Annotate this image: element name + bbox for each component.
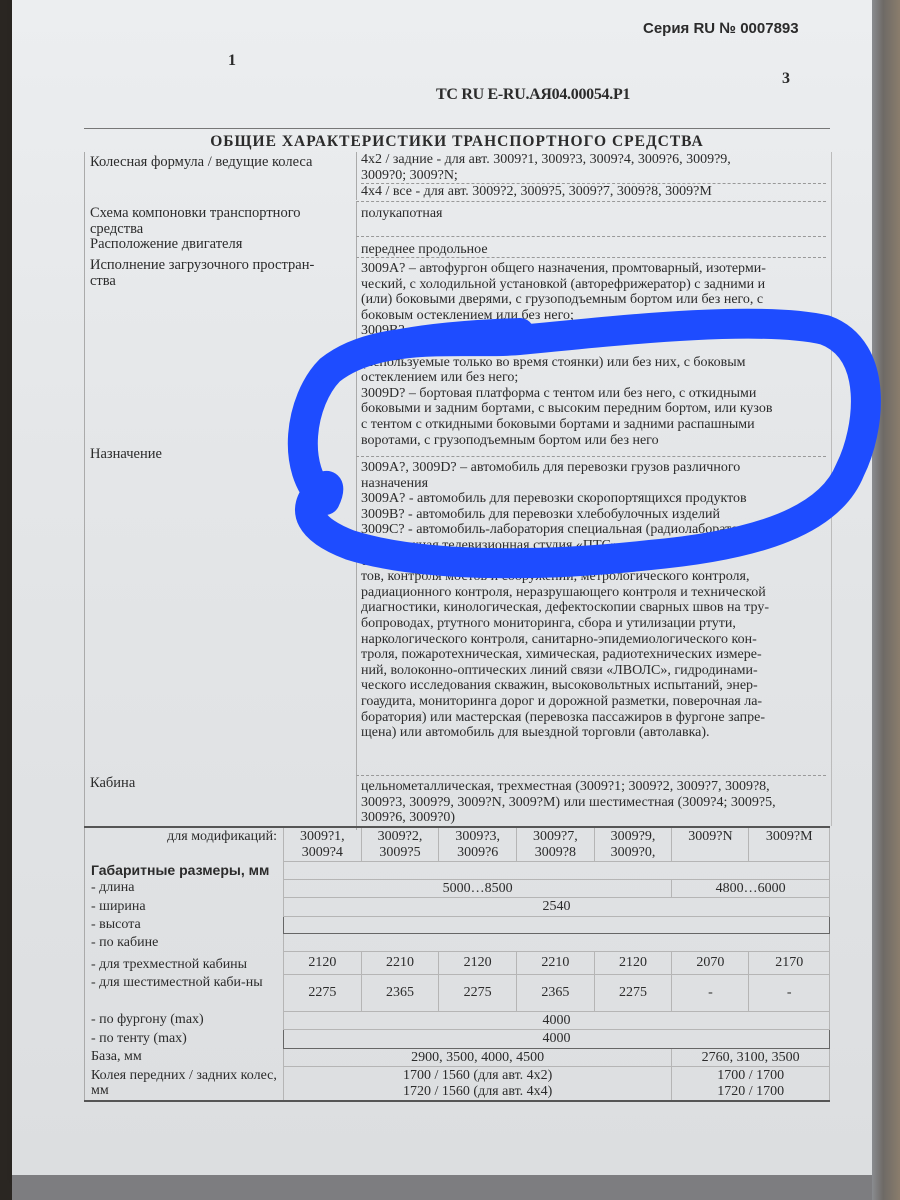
mod-text: 3009?N <box>676 829 744 845</box>
height-value-cell: 2365 <box>517 974 595 1011</box>
row-cargo-space: Исполнение загрузочного простран-ства 30… <box>84 257 830 455</box>
certificate-number: ТС RU E-RU.АЯ04.00054.Р1 <box>436 86 630 104</box>
label-layout-scheme: Схема компоновки транспортного средства <box>90 205 340 237</box>
track-line: 1720 / 1560 (для авт. 4х4) <box>288 1084 667 1100</box>
track-alt: 1700 / 17001720 / 1700 <box>672 1067 830 1102</box>
text-line: боковыми и задним бортами, с высоким пер… <box>361 401 826 417</box>
value-purpose: 3009А?, 3009D? – автомобиль для перевозк… <box>356 456 826 778</box>
text-line: передвижная телевизионная студия «ПТС», … <box>361 538 826 554</box>
label-purpose: Назначение <box>90 446 162 462</box>
text-line: боратория) или мастерская (перевозка пас… <box>361 710 826 726</box>
height-value-cell: - <box>672 974 749 1011</box>
text-line: переднее продольное <box>361 237 826 258</box>
tent-value: 4000 <box>284 1030 830 1049</box>
mod-text: 3009?1, <box>288 829 357 845</box>
six-seat-row: - для шестиместной каби-ны 2275236522752… <box>85 974 830 1011</box>
width-row: - ширина 2540 <box>85 898 830 917</box>
modifications-row: для модификаций: 3009?1,3009?4 3009?2,30… <box>85 827 830 862</box>
length-alt: 4800…6000 <box>672 879 830 898</box>
text-line: 3009?6, 3009?0) <box>361 810 826 826</box>
base-main: 2900, 3500, 4000, 4500 <box>284 1048 672 1067</box>
width-value: 2540 <box>284 898 830 917</box>
text-line: 3009D? – бортовая платформа с тентом или… <box>361 386 826 402</box>
text-line: (используемые только во время стоянки) и… <box>361 355 826 371</box>
mod-col-6: 3009?N <box>672 827 749 862</box>
dimensions-table: для модификаций: 3009?1,3009?4 3009?2,30… <box>84 826 830 1102</box>
background-strip <box>872 0 900 1200</box>
mod-text: 3009?9, <box>599 829 668 845</box>
value-layout-scheme: полукапотная <box>356 201 826 236</box>
dims-section-row: Габаритные размеры, мм <box>85 862 830 880</box>
height-value-cell: - <box>749 974 830 1011</box>
modifications-label: для модификаций: <box>85 827 284 862</box>
text-line: (или) боковыми дверями, с грузоподъемным… <box>361 292 826 308</box>
text-line: троля, пожаротехническая, химическая, ра… <box>361 647 826 663</box>
track-line: 1700 / 1700 <box>676 1068 825 1084</box>
text-line: 3009B? - автомобиль для перевозки хлебоб… <box>361 507 826 523</box>
height-row: - высота <box>85 916 830 934</box>
height-value-cell: 2070 <box>672 951 749 974</box>
mod-text: 3009?6 <box>443 845 512 861</box>
text-line: остеклением или без него; <box>361 370 826 386</box>
series-number: Серия RU № 0007893 <box>643 20 799 37</box>
mod-text: 3009?8 <box>521 845 590 861</box>
text-line: назначения <box>361 476 826 492</box>
length-row: - длина 5000…8500 4800…6000 <box>85 879 830 898</box>
row-wheel-formula: Колесная формула / ведущие колеса 4х2 / … <box>84 152 830 200</box>
mod-col-3: 3009?3,3009?6 <box>439 827 517 862</box>
text-line: 3009А?, 3009D? – автомобиль для перевозк… <box>361 460 826 476</box>
height-value-cell: 2210 <box>361 951 439 974</box>
text-line: 4х2 / задние - для авт. 3009?1, 3009?3, … <box>361 152 826 168</box>
mod-text: 3009?0, <box>599 845 668 861</box>
height-value-cell: 2365 <box>361 974 439 1011</box>
by-cab-row: - по кабине <box>85 934 830 952</box>
base-label: База, мм <box>85 1048 284 1067</box>
tent-label: - по тенту (max) <box>85 1030 284 1049</box>
text-line: тов, контроля мостов и сооружений, метро… <box>361 569 826 585</box>
text-line: технического ... контроля продук- <box>361 554 826 570</box>
mod-col-7: 3009?M <box>749 827 830 862</box>
mod-text: 3009?3, <box>443 829 512 845</box>
mod-text: 3009?M <box>753 829 825 845</box>
label-engine-location: Расположение двигателя <box>90 236 242 252</box>
text-line: 4х4 / все - для авт. 3009?2, 3009?5, 300… <box>361 183 826 200</box>
track-line: 1700 / 1560 (для авт. 4х2) <box>288 1068 667 1084</box>
text-line: цельнометаллическая, трехместная (3009?1… <box>361 779 826 795</box>
mod-col-1: 3009?1,3009?4 <box>284 827 362 862</box>
three-seat-row: - для трехместной кабины 212022102120221… <box>85 951 830 974</box>
text-line: ...кабина с 6-ю сиденьями <box>361 339 826 355</box>
value-engine-location: переднее продольное <box>356 236 826 257</box>
track-row: Колея передних / задних колес, мм 1700 /… <box>85 1067 830 1102</box>
text-line: наркологического контроля, санитарно-эпи… <box>361 632 826 648</box>
page-marker-left: 1 <box>228 52 236 70</box>
row-purpose: Назначение 3009А?, 3009D? – автомобиль д… <box>84 456 830 774</box>
value-cabin: цельнометаллическая, трехместная (3009?1… <box>356 775 826 830</box>
height-value-cell: 2170 <box>749 951 830 974</box>
text-line: с тентом с откидными боковыми бортами и … <box>361 417 826 433</box>
text-line: щена) или автомобиль для выездной торгов… <box>361 725 826 741</box>
text-line: 3009С? - автомобиль-лаборатория специаль… <box>361 522 826 538</box>
height-value-cell: 2120 <box>594 951 672 974</box>
length-main: 5000…8500 <box>284 879 672 898</box>
row-engine-location: Расположение двигателя переднее продольн… <box>84 236 830 256</box>
van-value: 4000 <box>284 1011 830 1030</box>
mod-col-5: 3009?9,3009?0, <box>594 827 672 862</box>
mod-text: 3009?2, <box>366 829 435 845</box>
track-label: Колея передних / задних колес, мм <box>85 1067 284 1102</box>
text-line: полукапотная <box>361 202 826 222</box>
value-wheel-formula: 4х2 / задние - для авт. 3009?1, 3009?3, … <box>356 152 826 200</box>
track-line: 1720 / 1700 <box>676 1084 825 1100</box>
van-row: - по фургону (max) 4000 <box>85 1011 830 1030</box>
label-cargo-space: Исполнение загрузочного простран-ства <box>90 257 340 289</box>
length-label: - длина <box>85 879 284 898</box>
tent-row: - по тенту (max) 4000 <box>85 1030 830 1049</box>
page-marker-right: 3 <box>782 70 790 88</box>
empty-cell <box>284 862 830 880</box>
height-label: - высота <box>85 916 284 934</box>
mod-text: 3009?7, <box>521 829 590 845</box>
text-line: боковым остеклением или без него; <box>361 308 826 324</box>
base-alt: 2760, 3100, 3500 <box>672 1048 830 1067</box>
page-bottom-edge <box>12 1175 880 1200</box>
track-main: 1700 / 1560 (для авт. 4х2)1720 / 1560 (д… <box>284 1067 672 1102</box>
three-seat-label: - для трехместной кабины <box>85 951 284 974</box>
text-line: ческий, с холодильной установкой (авторе… <box>361 277 826 293</box>
text-line: 3009B? – автофургон для перевозки хлебоб… <box>361 323 826 339</box>
mod-text: 3009?4 <box>288 845 357 861</box>
by-cab-label: - по кабине <box>85 934 284 952</box>
width-label: - ширина <box>85 898 284 917</box>
row-layout-scheme: Схема компоновки транспортного средства … <box>84 201 830 235</box>
empty-cell <box>284 934 830 952</box>
height-value-cell: 2275 <box>594 974 672 1011</box>
text-line: 3009А? - автомобиль для перевозки скороп… <box>361 491 826 507</box>
text-line: 3009А? – автофургон общего назначения, п… <box>361 261 826 277</box>
value-cargo-space: 3009А? – автофургон общего назначения, п… <box>356 257 826 459</box>
section-title: ОБЩИЕ ХАРАКТЕРИСТИКИ ТРАНСПОРТНОГО СРЕДС… <box>84 128 830 153</box>
height-value-cell: 2120 <box>439 951 517 974</box>
label-wheel-formula: Колесная формула / ведущие колеса <box>90 154 312 170</box>
text-line: диагностики, кинологическая, дефектоскоп… <box>361 600 826 616</box>
six-seat-label: - для шестиместной каби-ны <box>85 974 284 1011</box>
base-row: База, мм 2900, 3500, 4000, 4500 2760, 31… <box>85 1048 830 1067</box>
text-line: 3009?0; 3009?N; <box>361 168 826 184</box>
text-line: гоаудита, мониторинга дорог и дорожной р… <box>361 694 826 710</box>
label-cabin: Кабина <box>90 775 135 791</box>
empty-cell <box>284 916 830 934</box>
text-line: бопроводах, ртутного мониторинга, сбора … <box>361 616 826 632</box>
text-line: радиационного контроля, неразрушающего к… <box>361 585 826 601</box>
mod-text: 3009?5 <box>366 845 435 861</box>
height-value-cell: 2120 <box>284 951 362 974</box>
text-line: 3009?3, 3009?9, 3009?N, 3009?M) или шест… <box>361 795 826 811</box>
text-line: ческого исследования скважин, высоковоль… <box>361 678 826 694</box>
mod-col-2: 3009?2,3009?5 <box>361 827 439 862</box>
height-value-cell: 2275 <box>284 974 362 1011</box>
text-line: ний, волоконно-оптических линий связи «Л… <box>361 663 826 679</box>
dims-section-label: Габаритные размеры, мм <box>85 862 284 880</box>
height-value-cell: 2275 <box>439 974 517 1011</box>
row-cabin: Кабина цельнометаллическая, трехместная … <box>84 775 830 826</box>
height-value-cell: 2210 <box>517 951 595 974</box>
text-line: воротами, с грузоподъемным бортом или бе… <box>361 433 826 449</box>
van-label: - по фургону (max) <box>85 1011 284 1030</box>
mod-col-4: 3009?7,3009?8 <box>517 827 595 862</box>
